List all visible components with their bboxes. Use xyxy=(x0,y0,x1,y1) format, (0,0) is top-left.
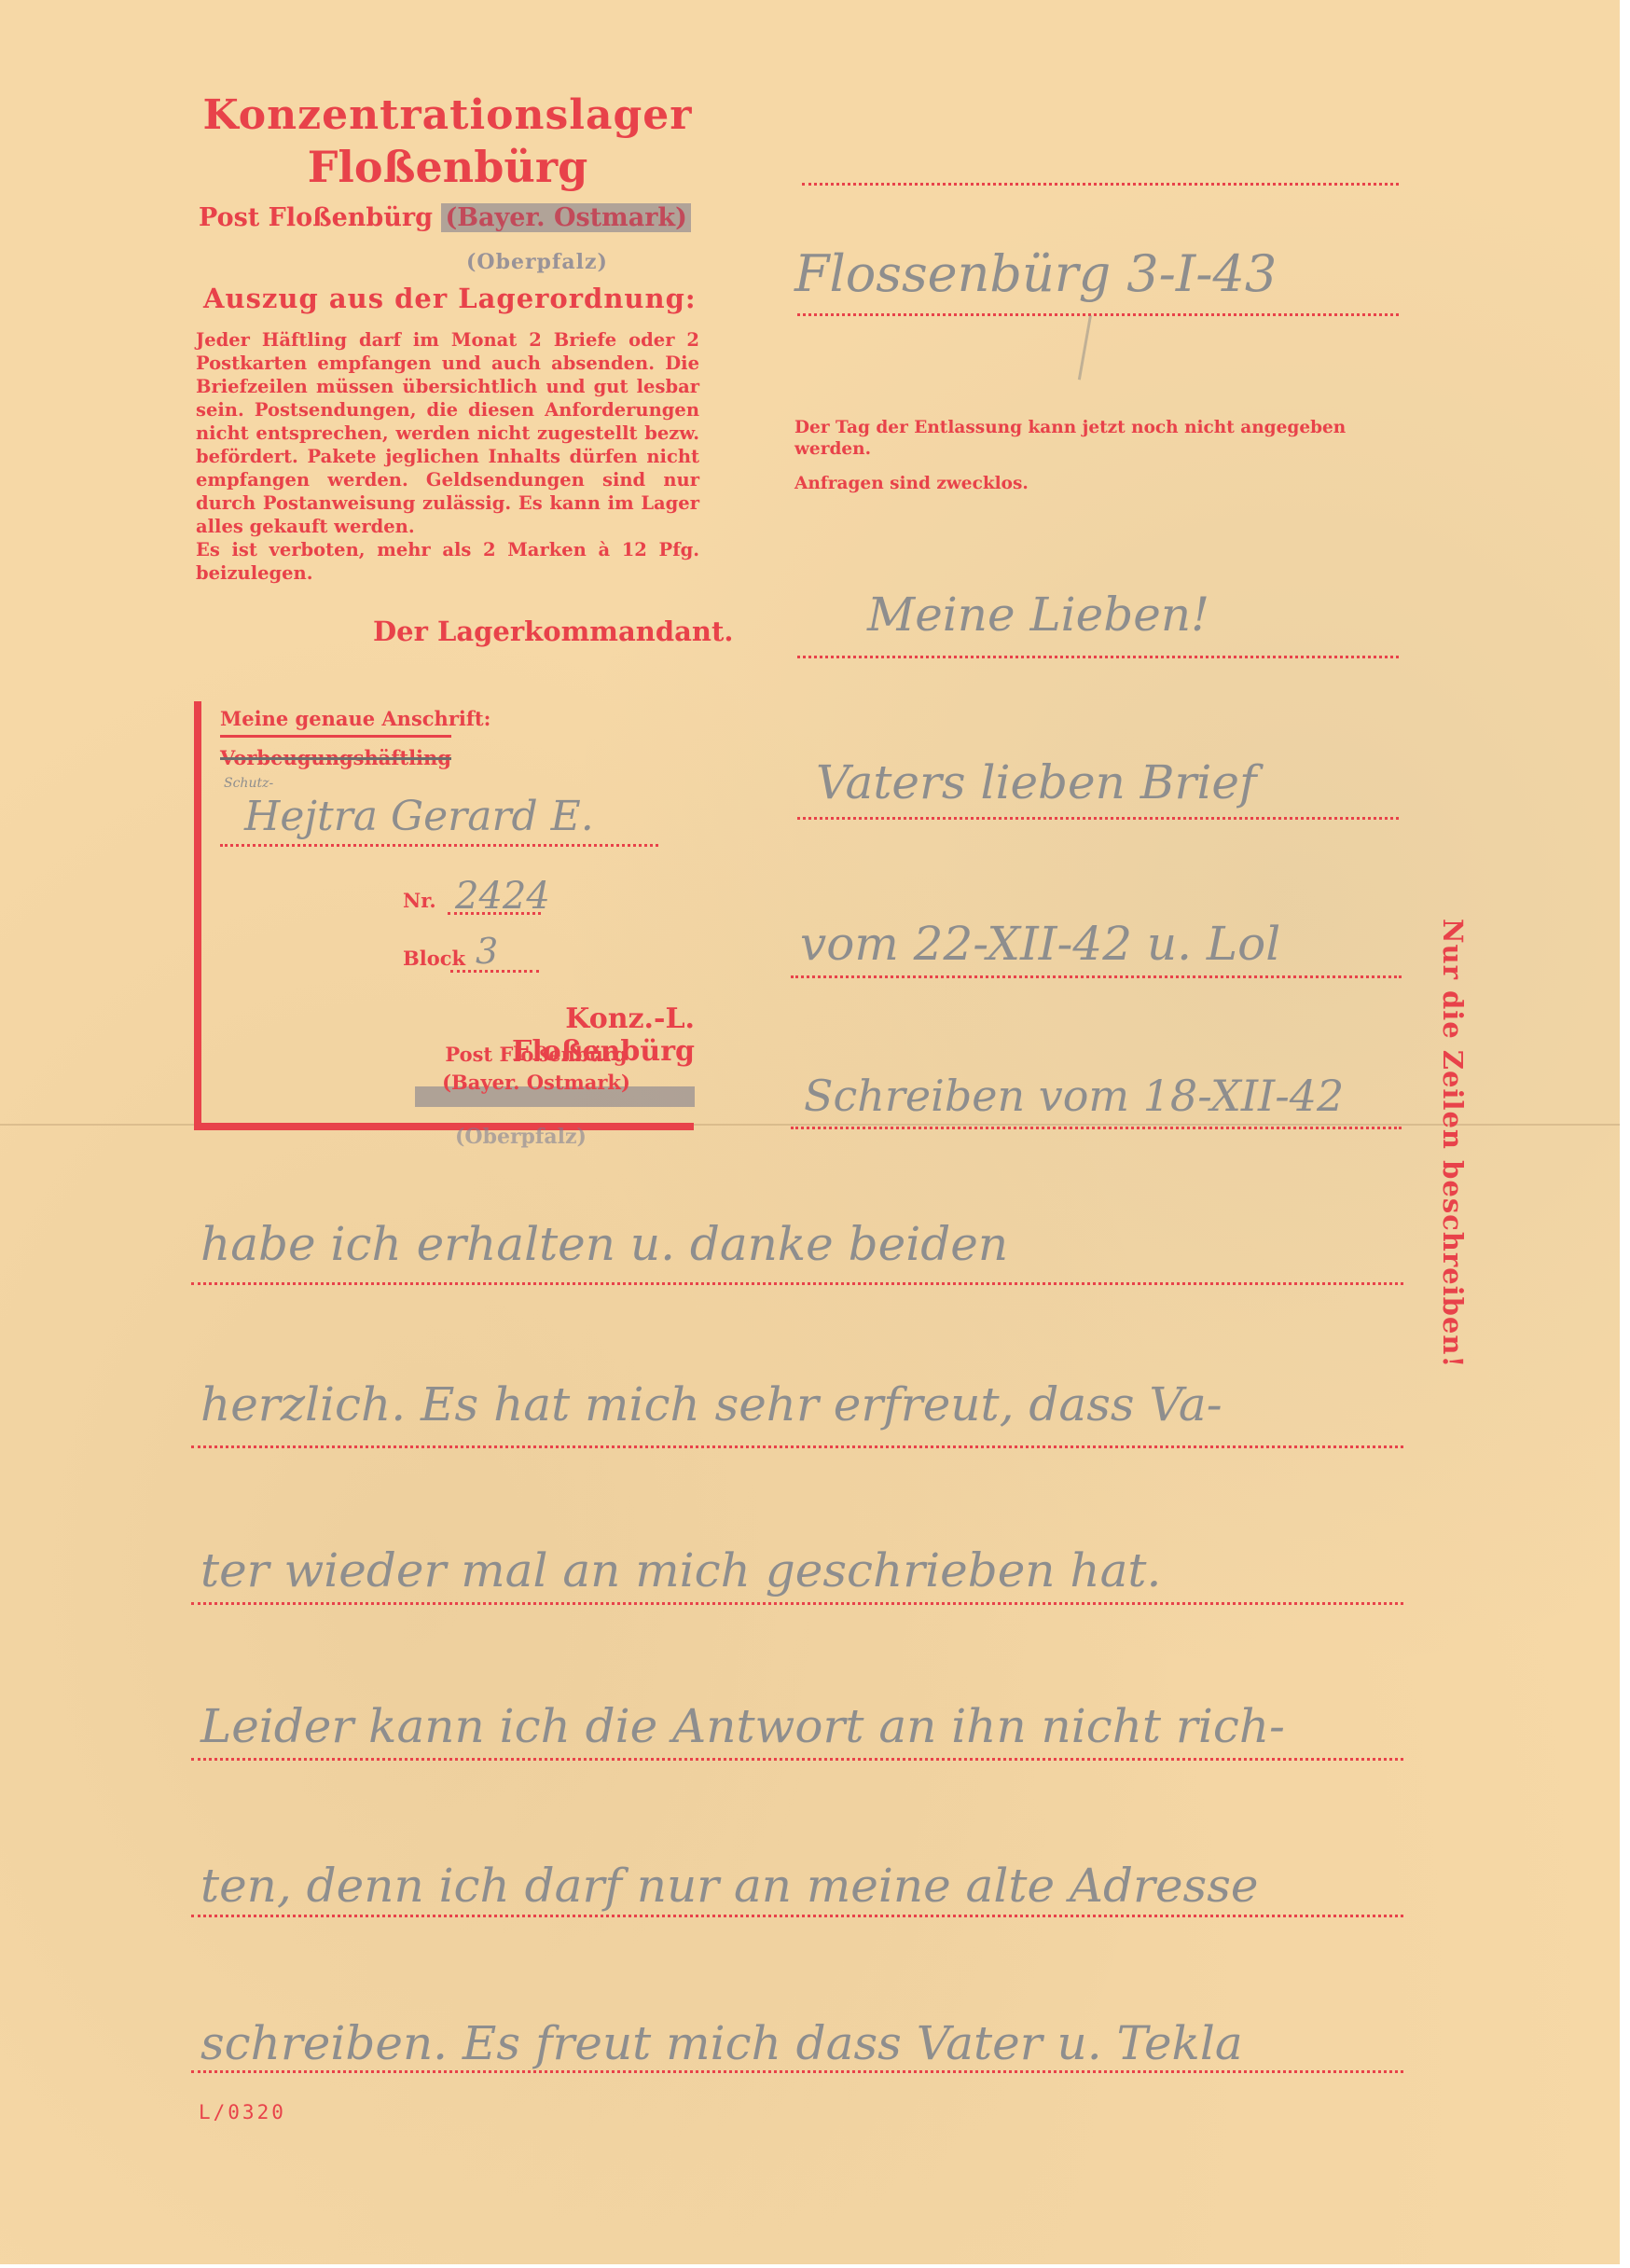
name-dotted-line xyxy=(220,844,658,847)
inquiry-notice: Anfragen sind zwecklos. xyxy=(794,474,1029,493)
letter-line: schreiben. Es freut mich dass Vater u. T… xyxy=(200,2016,1243,2070)
block-label: Block xyxy=(403,947,465,970)
address-label: Meine genaue Anschrift: xyxy=(220,707,490,730)
address-box-bottom-border xyxy=(194,1123,694,1130)
dotted-line xyxy=(191,1445,1403,1448)
letter-line: Meine Lieben! xyxy=(867,588,1209,642)
letter-line: herzlich. Es hat mich sehr erfreut, dass… xyxy=(200,1377,1222,1431)
letter-line: vom 22-XII-42 u. Lol xyxy=(800,917,1280,971)
prisoner-category: Vorbeugungshäftling xyxy=(220,746,451,769)
dotted-line xyxy=(797,817,1399,820)
prisoner-number-label: Nr. xyxy=(403,889,436,912)
prisoner-category-printed: Vorbeugungshäftling xyxy=(220,746,451,769)
block-number: 3 xyxy=(476,931,498,972)
letter-line: Vaters lieben Brief xyxy=(816,755,1256,809)
post-region-struck: (Bayer. Ostmark) xyxy=(441,203,690,232)
commandant-signature: Der Lagerkommandant. xyxy=(373,615,734,647)
rules-text: Jeder Häftling darf im Monat 2 Briefe od… xyxy=(196,329,699,537)
letter-line: ter wieder mal an mich geschrieben hat. xyxy=(200,1543,1161,1597)
post-prefix: Post Floßenbürg xyxy=(199,203,441,232)
address-label-underline xyxy=(220,735,451,738)
place-date: Flossenbürg 3-I-43 xyxy=(794,244,1277,303)
dotted-line xyxy=(797,656,1399,658)
dotted-line xyxy=(797,313,1399,316)
dotted-line xyxy=(191,1758,1403,1761)
release-notice: Der Tag der Entlassung kann jetzt noch n… xyxy=(794,417,1415,460)
excerpt-heading: Auszug aus der Lagerordnung: xyxy=(203,283,697,314)
prisoner-name: Hejtra Gerard E. xyxy=(244,793,594,840)
dotted-line xyxy=(791,1127,1402,1129)
dotted-line xyxy=(191,1602,1403,1605)
address-box-left-border xyxy=(194,701,201,1130)
pencil-stroke xyxy=(1078,315,1092,380)
dotted-line xyxy=(191,1282,1403,1285)
letter-line: ten, denn ich darf nur an meine alte Adr… xyxy=(200,1859,1258,1913)
letter-line: Schreiben vom 18-XII-42 xyxy=(804,1071,1344,1121)
dotted-line xyxy=(191,2070,1403,2073)
camp-rules: Jeder Häftling darf im Monat 2 Briefe od… xyxy=(196,328,699,585)
dotted-line xyxy=(191,1915,1403,1917)
oberpfalz-stamp-lower: (Oberpfalz) xyxy=(455,1125,587,1149)
letter-line: habe ich erhalten u. danke beiden xyxy=(200,1217,1008,1271)
camp-title: Konzentrationslager xyxy=(191,91,704,139)
letter-sheet: Konzentrationslager Floßenbürg Post Floß… xyxy=(0,0,1620,2264)
write-on-lines-notice: Nur die Zeilen beschreiben! xyxy=(1413,919,1469,1422)
prisoner-number: 2424 xyxy=(455,875,550,918)
form-number: L/0320 xyxy=(199,2101,286,2123)
oberpfalz-stamp: (Oberpfalz) xyxy=(466,250,608,274)
camp-name: Floßenbürg xyxy=(191,142,704,192)
rules-text-stamps: Es ist verboten, mehr als 2 Marken à 12 … xyxy=(196,539,699,584)
prisoner-category-handwritten: Schutz- xyxy=(224,776,273,791)
camp-post: Post Floßenbürg xyxy=(401,1043,671,1066)
camp-region-struck: (Bayer. Ostmark) xyxy=(401,1071,671,1094)
dotted-line xyxy=(802,183,1399,186)
dotted-line xyxy=(791,975,1402,978)
letter-line: Leider kann ich die Antwort an ihn nicht… xyxy=(200,1699,1285,1753)
post-address-line: Post Floßenbürg (Bayer. Ostmark) xyxy=(199,203,691,232)
